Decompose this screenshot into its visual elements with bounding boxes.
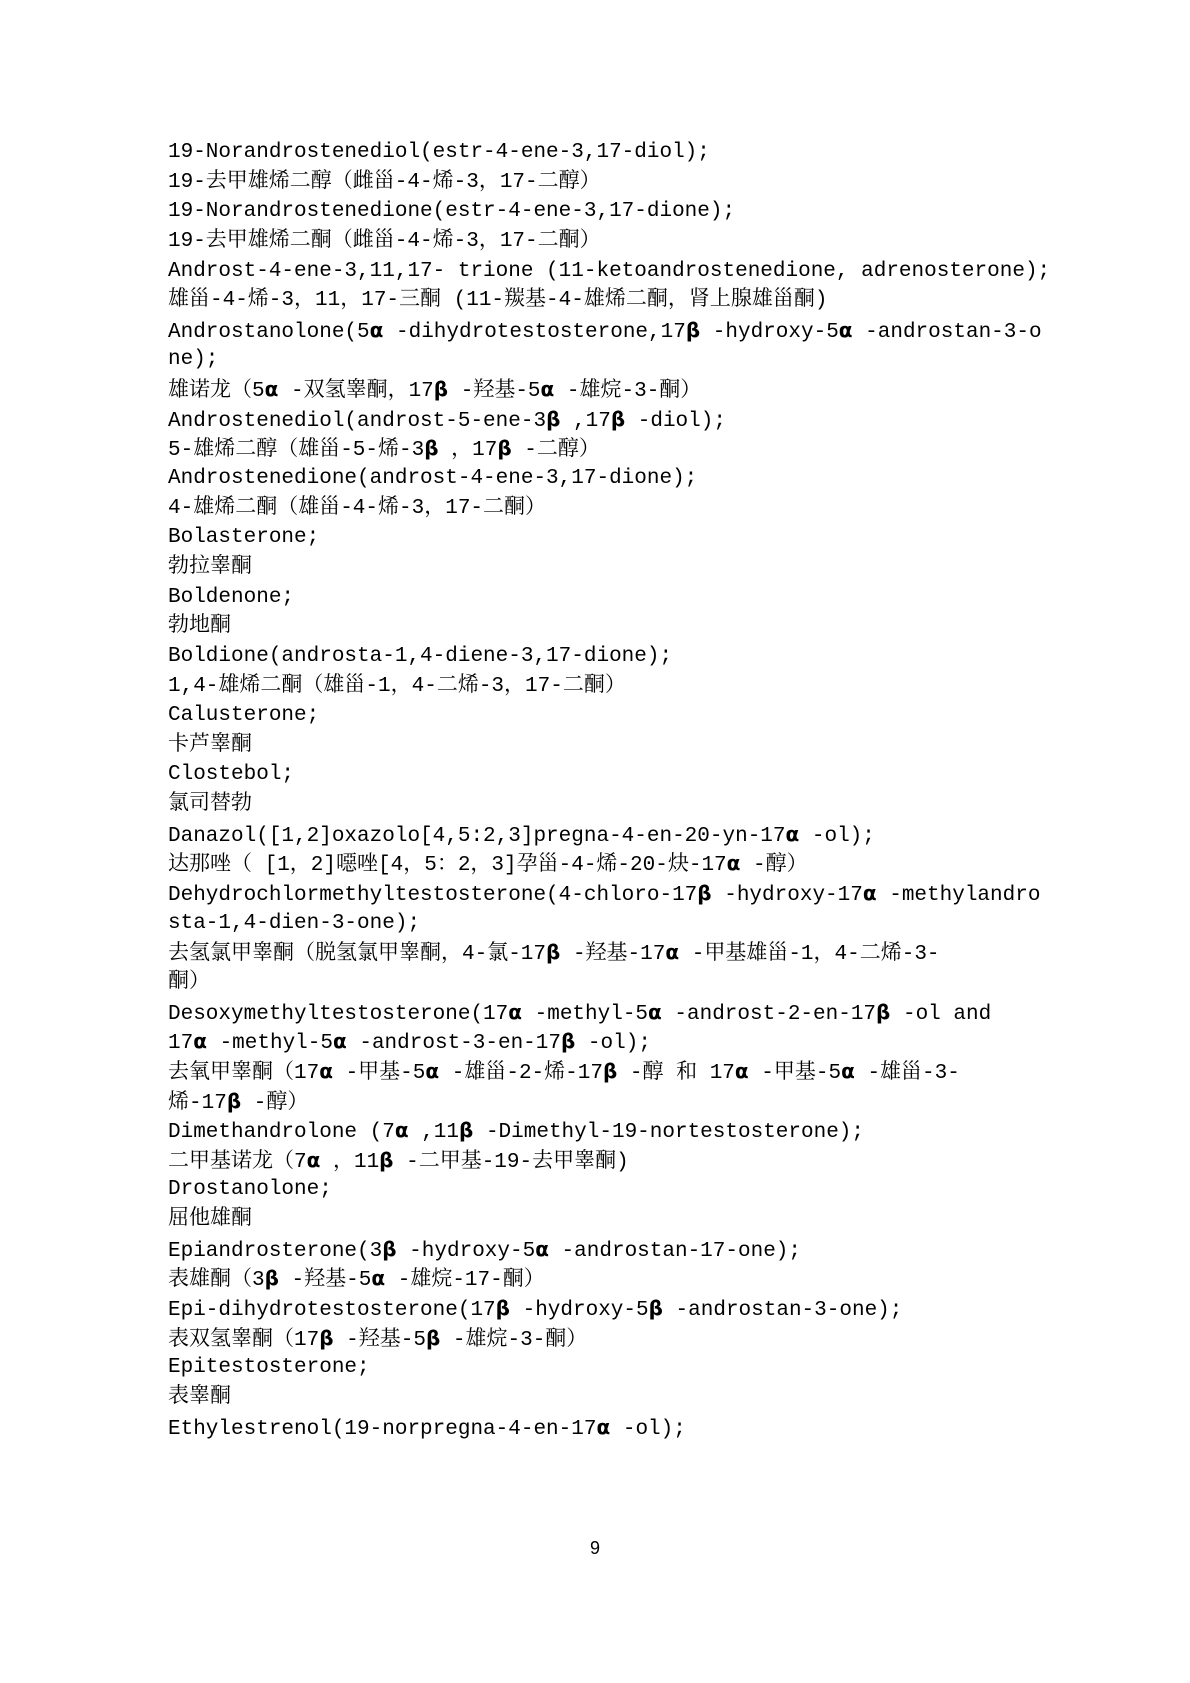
list-line: Androstenediol(androst-5-ene-3β ,17β -di…	[168, 405, 1073, 435]
list-line: 表睾酮	[168, 1383, 1073, 1413]
list-line: Androst-4-ene-3,11,17- trione (11-ketoan…	[168, 257, 1073, 287]
list-line: 勃地酮	[168, 612, 1073, 642]
list-line: 表双氢睾酮（17β -羟基-5β -雄烷-3-酮）	[168, 1324, 1073, 1354]
list-line: 酮）	[168, 968, 1073, 998]
list-line: 二甲基诺龙（7α ，11β -二甲基-19-去甲睾酮)	[168, 1146, 1073, 1176]
list-line: Epi-dihydrotestosterone(17β -hydroxy-5β …	[168, 1294, 1073, 1324]
list-line: 1,4-雄烯二酮（雄甾-1，4-二烯-3，17-二酮）	[168, 672, 1073, 702]
list-line: 雄诺龙（5α -双氢睾酮，17β -羟基-5α -雄烷-3-酮）	[168, 375, 1073, 405]
list-line: Ethylestrenol(19-norpregna-4-en-17α -ol)…	[168, 1413, 1073, 1443]
document-page: 19-Norandrostenediol(estr-4-ene-3,17-dio…	[0, 0, 1190, 1683]
list-line: Calusterone;	[168, 701, 1073, 731]
list-line: Clostebol;	[168, 760, 1073, 790]
list-line: 氯司替勃	[168, 790, 1073, 820]
list-line: 烯-17β -醇）	[168, 1087, 1073, 1117]
list-line: Epitestosterone;	[168, 1353, 1073, 1383]
list-line: 雄甾-4-烯-3，11，17-三酮 (11-羰基-4-雄烯二酮，肾上腺雄甾酮)	[168, 286, 1073, 316]
list-line: Bolasterone;	[168, 523, 1073, 553]
list-line: Androstanolone(5α -dihydrotestosterone,1…	[168, 316, 1073, 346]
list-line: Drostanolone;	[168, 1175, 1073, 1205]
list-line: 19-去甲雄烯二醇（雌甾-4-烯-3，17-二醇）	[168, 168, 1073, 198]
prohibited-substance-list: 19-Norandrostenediol(estr-4-ene-3,17-dio…	[168, 138, 1073, 1442]
list-line: 19-Norandrostenediol(estr-4-ene-3,17-dio…	[168, 138, 1073, 168]
list-line: 表雄酮（3β -羟基-5α -雄烷-17-酮）	[168, 1264, 1073, 1294]
list-line: 达那唑（ [1，2]噁唑[4，5：2，3]孕甾-4-烯-20-炔-17α -醇）	[168, 849, 1073, 879]
list-line: 去氢氯甲睾酮（脱氢氯甲睾酮，4-氯-17β -羟基-17α -甲基雄甾-1，4-…	[168, 938, 1073, 968]
list-line: Danazol([1,2]oxazolo[4,5:2,3]pregna-4-en…	[168, 820, 1073, 850]
list-line: sta-1,4-dien-3-one);	[168, 909, 1073, 939]
list-line: Androstenedione(androst-4-ene-3,17-dione…	[168, 464, 1073, 494]
list-line: 勃拉睾酮	[168, 553, 1073, 583]
list-line: Dehydrochlormethyltestosterone(4-chloro-…	[168, 879, 1073, 909]
list-line: Dimethandrolone (7α ,11β -Dimethyl-19-no…	[168, 1116, 1073, 1146]
list-line: ne);	[168, 345, 1073, 375]
list-line: 卡芦睾酮	[168, 731, 1073, 761]
list-line: Desoxymethyltestosterone(17α -methyl-5α …	[168, 998, 1073, 1028]
list-line: 去氧甲睾酮（17α -甲基-5α -雄甾-2-烯-17β -醇 和 17α -甲…	[168, 1057, 1073, 1087]
page-number: 9	[0, 1538, 1190, 1559]
list-line: 屈他雄酮	[168, 1205, 1073, 1235]
list-line: 17α -methyl-5α -androst-3-en-17β -ol);	[168, 1027, 1073, 1057]
list-line: 5-雄烯二醇（雄甾-5-烯-3β ，17β -二醇）	[168, 434, 1073, 464]
list-line: Boldenone;	[168, 583, 1073, 613]
list-line: Boldione(androsta-1,4-diene-3,17-dione);	[168, 642, 1073, 672]
list-line: Epiandrosterone(3β -hydroxy-5α -androsta…	[168, 1235, 1073, 1265]
list-line: 19-去甲雄烯二酮（雌甾-4-烯-3，17-二酮）	[168, 227, 1073, 257]
list-line: 4-雄烯二酮（雄甾-4-烯-3，17-二酮）	[168, 494, 1073, 524]
list-line: 19-Norandrostenedione(estr-4-ene-3,17-di…	[168, 197, 1073, 227]
